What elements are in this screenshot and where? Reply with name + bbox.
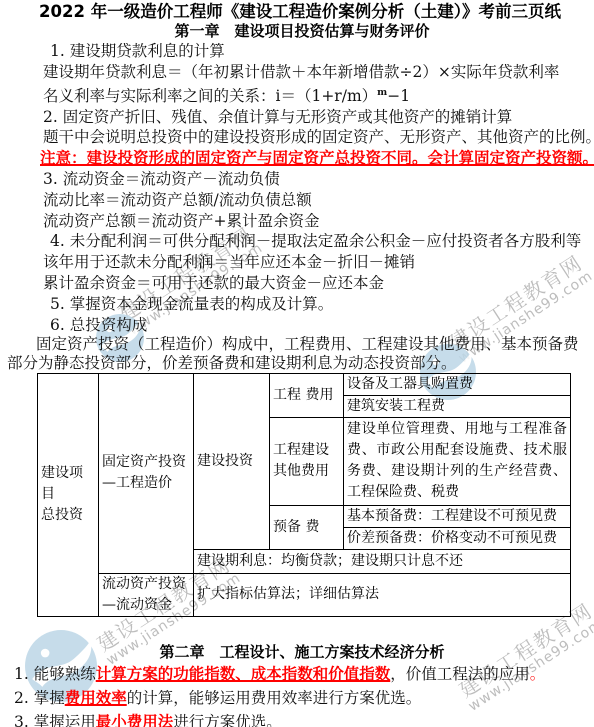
cell-equipment-purchase-fee: 设备及工器具购置费	[344, 373, 571, 395]
ch1-item-3: 3. 流动资金＝流动资产－流动负债	[40, 169, 564, 190]
cell-basic-reserve-fee: 基本预备费：工程建设不可预见费	[344, 505, 571, 527]
ch1-item-4: 4. 未分配利润＝可供分配利润－提取法定盈余公积金－应付投资者各方股利等	[40, 231, 564, 252]
investment-structure-table: 建设项目 总投资 固定资产投资 —工程造价 建设投资 工程 费用 设备及工器具购…	[37, 373, 571, 617]
ch2-item-1-period: 。	[530, 665, 546, 683]
ch1-item-2-detail: 题干中会说明总投资中的建设投资形成的固定资产、无形资产、其他资产的比例。	[40, 127, 564, 148]
document-page: 2022 年一级造价工程师《建设工程造价案例分析（土建）》考前三页纸 第一章 建…	[0, 0, 594, 727]
formula-superscript: m	[377, 87, 387, 98]
attention-note: 注意：建设投资形成的固定资产与固定资产总投资不同。会计算固定资产投资额。	[40, 148, 564, 169]
current-assets-formula: 流动资产总额＝流动资产+累计盈余资金	[40, 211, 564, 232]
ch2-item-1-tail: ，价值工程法的应用	[390, 665, 530, 683]
cell-working-capital-investment: 流动资产投资 —流动资金	[99, 573, 194, 616]
cell-other-construction-costs: 工程建设其他费用	[270, 417, 344, 505]
cell-other-costs-detail: 建设单位管理费、用地与工程准备费、市政公用配套设施费、技术服务费、建设期计列的生…	[344, 417, 571, 505]
page-title: 2022 年一级造价工程师《建设工程造价案例分析（土建）》考前三页纸	[28, 2, 572, 22]
cell-project-total-investment: 建设项目 总投资	[38, 373, 99, 616]
cell-construction-investment: 建设投资	[194, 373, 270, 549]
ch2-item-3: 3. 掌握运用最小费用法进行方案优选。	[14, 710, 564, 727]
cell-price-difference-reserve-fee: 价差预备费：价格变动不可预见费	[344, 527, 571, 549]
chapter2-heading: 第二章 工程设计、施工方案技术经济分析	[40, 643, 564, 662]
ch2-item-2: 2. 掌握费用效率的计算，能够运用费用效率进行方案优选。	[14, 686, 564, 710]
ch1-item-1: 1. 建设期贷款利息的计算	[40, 41, 564, 62]
ch1-item-2: 2. 固定资产折旧、残值、余值计算与无形资产或其他资产的摊销计算	[40, 107, 564, 128]
loan-interest-formula: 建设期年贷款利息＝（年初累计借款＋本年新增借款÷2）×实际年贷款利率	[40, 62, 564, 83]
cell-engineering-cost: 工程 费用	[270, 373, 344, 417]
ch2-item-3-highlight: 最小费用法	[96, 712, 174, 727]
cell-construction-period-interest: 建设期利息：均衡贷款；建设期只计息不还	[194, 549, 571, 573]
ch2-item-1: 1. 能够熟练计算方案的功能指数、成本指数和价值指数，价值工程法的应用。	[14, 662, 564, 686]
chapter1-heading: 第一章 建设项目投资估算与财务评价	[40, 22, 564, 41]
ch1-item-6: 6. 总投资构成	[40, 315, 564, 336]
cell-reserve-fee: 预备 费	[270, 505, 344, 549]
cell-estimation-methods: 扩大指标估算法；详细估算法	[194, 573, 571, 616]
ch2-item-1-highlight: 计算方案的功能指数、成本指数和价值指数	[96, 664, 391, 683]
cell-fixed-asset-investment: 固定资产投资 —工程造价	[99, 373, 194, 573]
ch2-item-2-text: 2. 掌握	[14, 689, 65, 707]
nominal-rate-formula: 名义利率与实际利率之间的关系：i＝（1+r/m）m−1	[40, 83, 564, 107]
ch2-item-2-tail: 的计算，能够运用费用效率进行方案优选。	[127, 689, 422, 707]
formula-base: 名义利率与实际利率之间的关系：i＝（1+r/m）	[43, 87, 377, 105]
ch2-item-3-text: 3. 掌握运用	[14, 713, 96, 727]
ch2-item-2-highlight: 费用效率	[65, 688, 127, 707]
accumulated-surplus-formula: 累计盈余资金＝可用于还款的最大资金－应还本金	[40, 273, 564, 294]
total-investment-paragraph: 固定资产投资（工程造价）构成中，工程费用、工程建设其他费用、基本预备费部分为静态…	[7, 335, 592, 372]
current-ratio-formula: 流动比率＝流动资产总额/流动负债总额	[40, 190, 564, 211]
ch2-item-3-tail: 进行方案优选。	[173, 713, 282, 727]
ch1-item-5: 5. 掌握资本金现金流量表的构成及计算。	[40, 294, 564, 315]
repayment-profit-formula: 该年用于还款未分配利润＝当年应还本金－折旧－摊销	[40, 252, 564, 273]
cell-construction-installation-fee: 建筑安装工程费	[344, 395, 571, 417]
ch2-item-1-text: 1. 能够熟练	[14, 665, 96, 683]
formula-tail: −1	[387, 87, 410, 105]
